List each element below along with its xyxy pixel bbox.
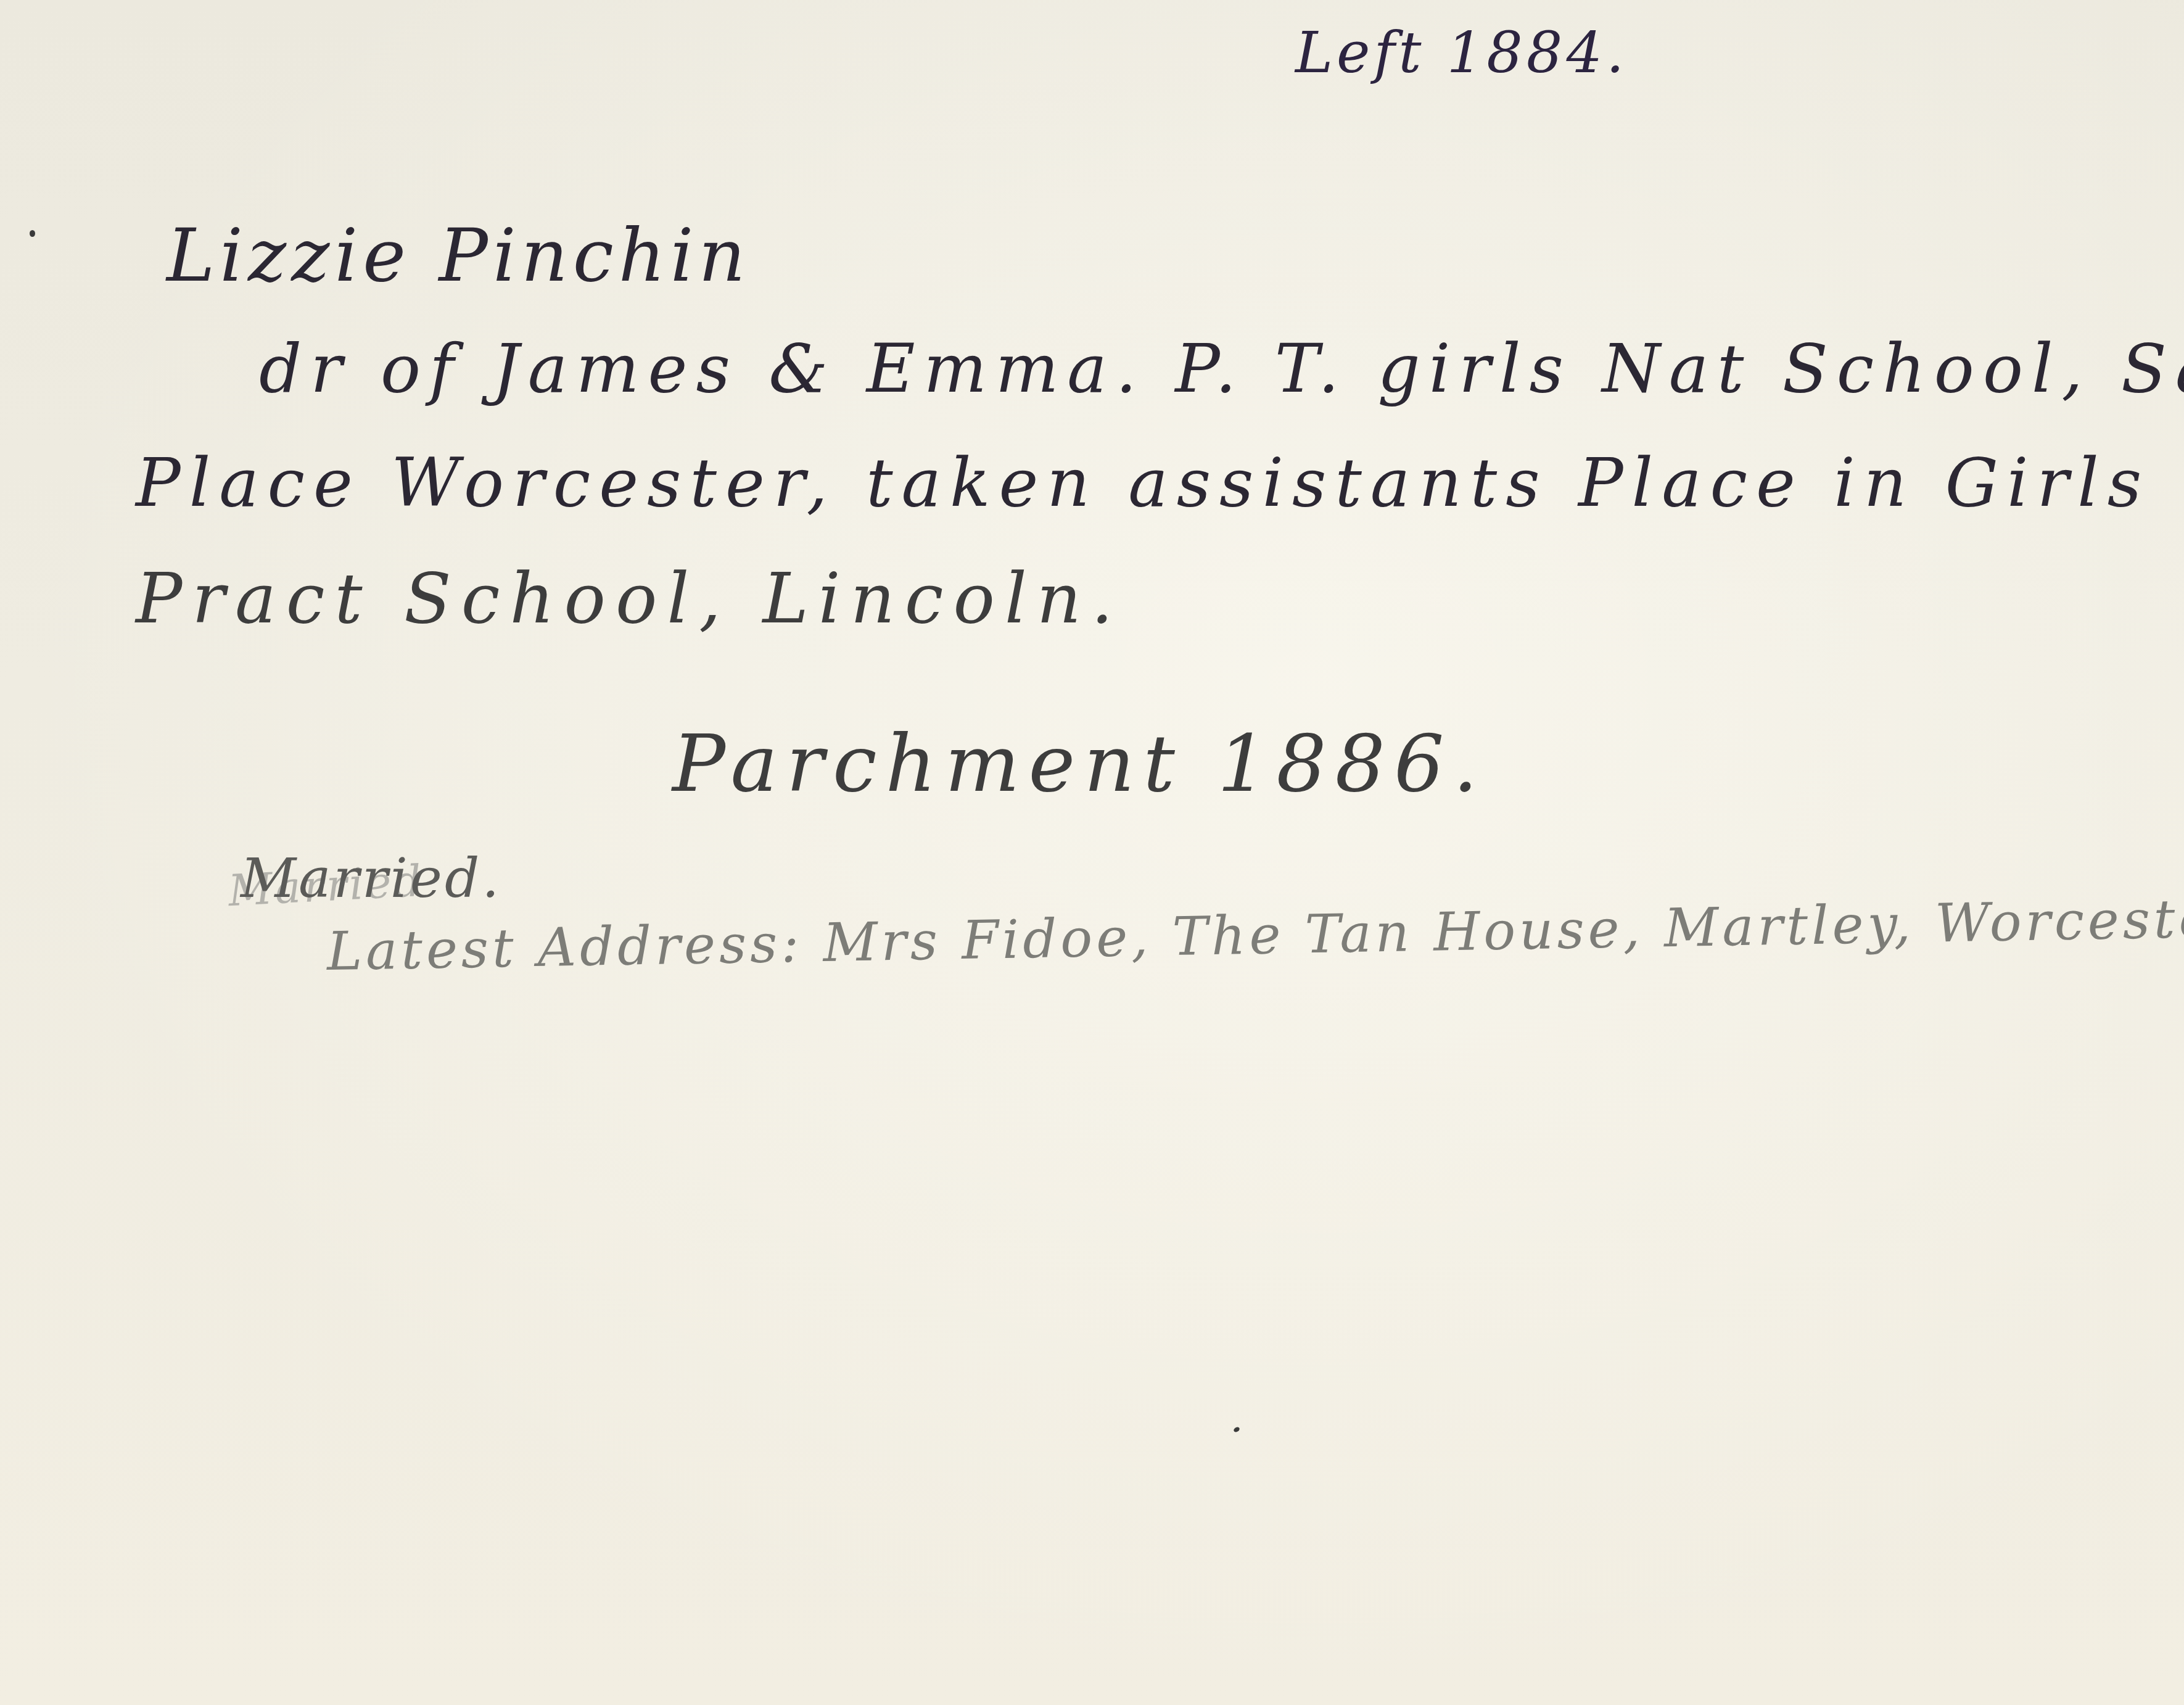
- left-year-note: Left 1884.: [1295, 25, 1628, 81]
- entry-line-3: Pract School, Lincoln.: [136, 564, 1123, 634]
- bottom-ink-dot: [1233, 1426, 1240, 1433]
- entry-line-2: Place Worcester, taken assistants Place …: [136, 450, 2150, 517]
- married-note: Married.: [241, 851, 501, 906]
- address-value: Mrs Fidoe, The Tan House, Martley, Worce…: [823, 887, 2184, 974]
- parchment-year: Parchment 1886.: [672, 725, 1486, 804]
- pupil-name: Lizzie Pinchin: [167, 219, 750, 292]
- margin-ink-dot: [30, 230, 35, 237]
- latest-address: Latest Address: Mrs Fidoe, The Tan House…: [326, 891, 2184, 978]
- entry-line-1: dr of James & Emma. P. T. girls Nat Scho…: [259, 336, 2184, 403]
- register-page: Left 1884. Lizzie Pinchin dr of James & …: [0, 0, 2184, 1705]
- address-label: Latest Address:: [326, 913, 803, 983]
